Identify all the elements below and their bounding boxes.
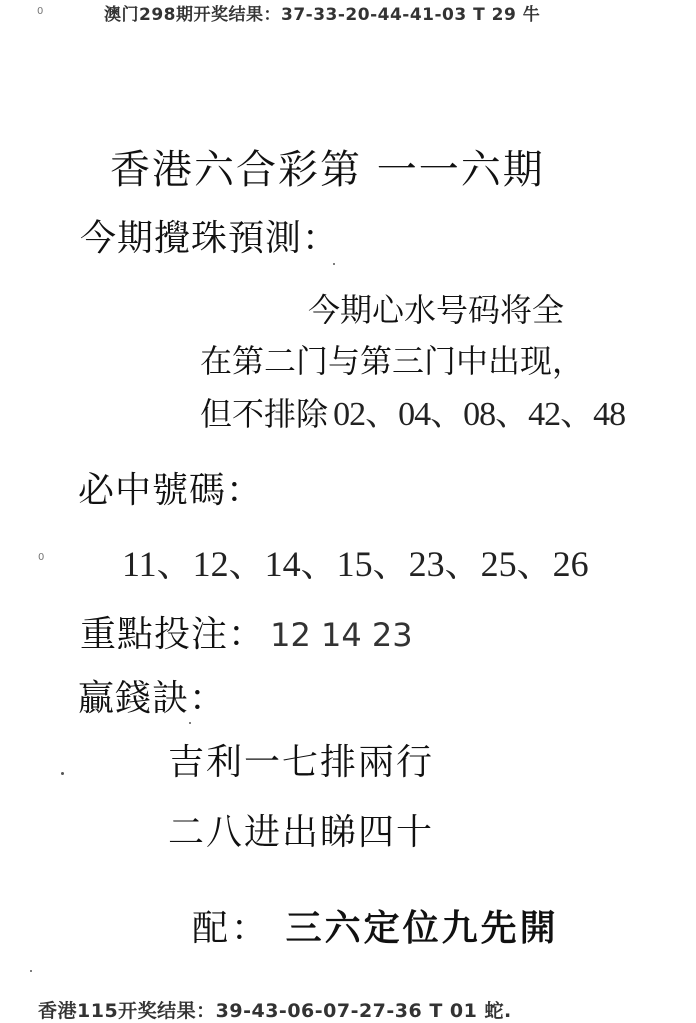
winning-tip-heading: 贏錢訣： (78, 670, 226, 721)
prediction-heading: 今期攪珠預測： (80, 210, 339, 261)
must-hit-heading: 必中號碼： (78, 462, 263, 513)
macau-result-banner: 澳门298期开奖结果：37-33-20-44-41-03 T 29 牛 (104, 0, 540, 25)
prediction-line-2: 在第二门与第三门中出现， (200, 336, 584, 382)
scan-speck (61, 772, 64, 775)
pairing-label: 配： (192, 908, 270, 949)
key-bet-numbers: 12 14 23 (270, 616, 413, 654)
scan-speck (333, 263, 335, 265)
prediction-line-3: 但不排除 02、04、08、42、48 (200, 386, 625, 435)
pairing-row: 配： 三六定位九先開 (192, 900, 559, 951)
hongkong-result-banner: 香港115开奖结果：39-43-06-07-27-36 T 01 蛇. (38, 996, 512, 1023)
winning-tip-verse-1: 吉利一七排兩行 (168, 734, 434, 785)
key-bet-label: 重點投注： (80, 614, 265, 655)
margin-mark-middle: 0 (38, 552, 44, 563)
must-hit-numbers: 11、12、14、15、23、25、26 (122, 536, 589, 587)
prediction-exclude-label: 但不排除 (200, 395, 328, 433)
prediction-exclude-numbers: 02、04、08、42、48 (333, 396, 625, 433)
page-title: 香港六合彩第 一一六期 (110, 138, 545, 195)
key-bet-row: 重點投注： 12 14 23 (80, 606, 413, 657)
pairing-text: 三六定位九先開 (286, 907, 559, 949)
scan-speck (30, 970, 32, 972)
winning-tip-verse-2: 二八进出睇四十 (168, 804, 434, 855)
margin-mark-top: 0 (37, 6, 43, 17)
scan-speck (189, 722, 191, 724)
prediction-line-1: 今期心水号码将全 (308, 285, 564, 331)
